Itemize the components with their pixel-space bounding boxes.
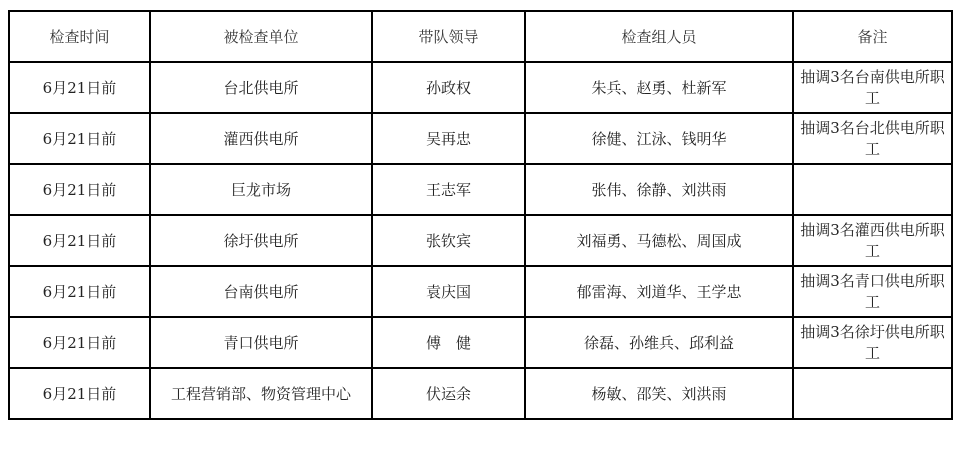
cell-time: 6月21日前 (9, 113, 150, 164)
cell-remark (793, 164, 952, 215)
table-row: 6月21日前 台北供电所 孙政权 朱兵、赵勇、杜新军 抽调3名台南供电所职工 (9, 62, 952, 113)
table-row: 6月21日前 灌西供电所 吴再忠 徐健、江泳、钱明华 抽调3名台北供电所职工 (9, 113, 952, 164)
cell-remark (793, 368, 952, 419)
cell-remark: 抽调3名台南供电所职工 (793, 62, 952, 113)
cell-leader: 孙政权 (372, 62, 525, 113)
cell-unit: 工程营销部、物资管理中心 (150, 368, 372, 419)
cell-unit: 灌西供电所 (150, 113, 372, 164)
cell-remark: 抽调3名台北供电所职工 (793, 113, 952, 164)
cell-members: 徐磊、孙维兵、邱利益 (525, 317, 793, 368)
cell-time: 6月21日前 (9, 317, 150, 368)
table-row: 6月21日前 青口供电所 傅 健 徐磊、孙维兵、邱利益 抽调3名徐圩供电所职工 (9, 317, 952, 368)
cell-unit: 青口供电所 (150, 317, 372, 368)
cell-unit: 台北供电所 (150, 62, 372, 113)
header-team-leader: 带队领导 (372, 11, 525, 62)
header-inspected-unit: 被检查单位 (150, 11, 372, 62)
header-team-members: 检查组人员 (525, 11, 793, 62)
cell-leader: 伏运余 (372, 368, 525, 419)
cell-unit: 徐圩供电所 (150, 215, 372, 266)
cell-time: 6月21日前 (9, 215, 150, 266)
cell-leader: 吴再忠 (372, 113, 525, 164)
cell-members: 徐健、江泳、钱明华 (525, 113, 793, 164)
header-remarks: 备注 (793, 11, 952, 62)
cell-time: 6月21日前 (9, 164, 150, 215)
table-row: 6月21日前 台南供电所 袁庆国 郁雷海、刘道华、王学忠 抽调3名青口供电所职工 (9, 266, 952, 317)
inspection-schedule-table-wrapper: 检查时间 被检查单位 带队领导 检查组人员 备注 6月21日前 台北供电所 孙政… (8, 10, 953, 420)
cell-members: 朱兵、赵勇、杜新军 (525, 62, 793, 113)
cell-leader: 傅 健 (372, 317, 525, 368)
inspection-schedule-table: 检查时间 被检查单位 带队领导 检查组人员 备注 6月21日前 台北供电所 孙政… (8, 10, 953, 420)
cell-remark: 抽调3名灌西供电所职工 (793, 215, 952, 266)
header-inspection-time: 检查时间 (9, 11, 150, 62)
cell-members: 刘福勇、马德松、周国成 (525, 215, 793, 266)
cell-unit: 台南供电所 (150, 266, 372, 317)
cell-remark: 抽调3名青口供电所职工 (793, 266, 952, 317)
cell-members: 张伟、徐静、刘洪雨 (525, 164, 793, 215)
cell-members: 郁雷海、刘道华、王学忠 (525, 266, 793, 317)
table-row: 6月21日前 巨龙市场 王志军 张伟、徐静、刘洪雨 (9, 164, 952, 215)
cell-time: 6月21日前 (9, 62, 150, 113)
cell-leader: 张钦宾 (372, 215, 525, 266)
cell-time: 6月21日前 (9, 368, 150, 419)
cell-remark: 抽调3名徐圩供电所职工 (793, 317, 952, 368)
cell-unit: 巨龙市场 (150, 164, 372, 215)
cell-members: 杨敏、邵笑、刘洪雨 (525, 368, 793, 419)
table-row: 6月21日前 工程营销部、物资管理中心 伏运余 杨敏、邵笑、刘洪雨 (9, 368, 952, 419)
cell-leader: 袁庆国 (372, 266, 525, 317)
cell-time: 6月21日前 (9, 266, 150, 317)
table-row: 6月21日前 徐圩供电所 张钦宾 刘福勇、马德松、周国成 抽调3名灌西供电所职工 (9, 215, 952, 266)
table-header-row: 检查时间 被检查单位 带队领导 检查组人员 备注 (9, 11, 952, 62)
cell-leader: 王志军 (372, 164, 525, 215)
